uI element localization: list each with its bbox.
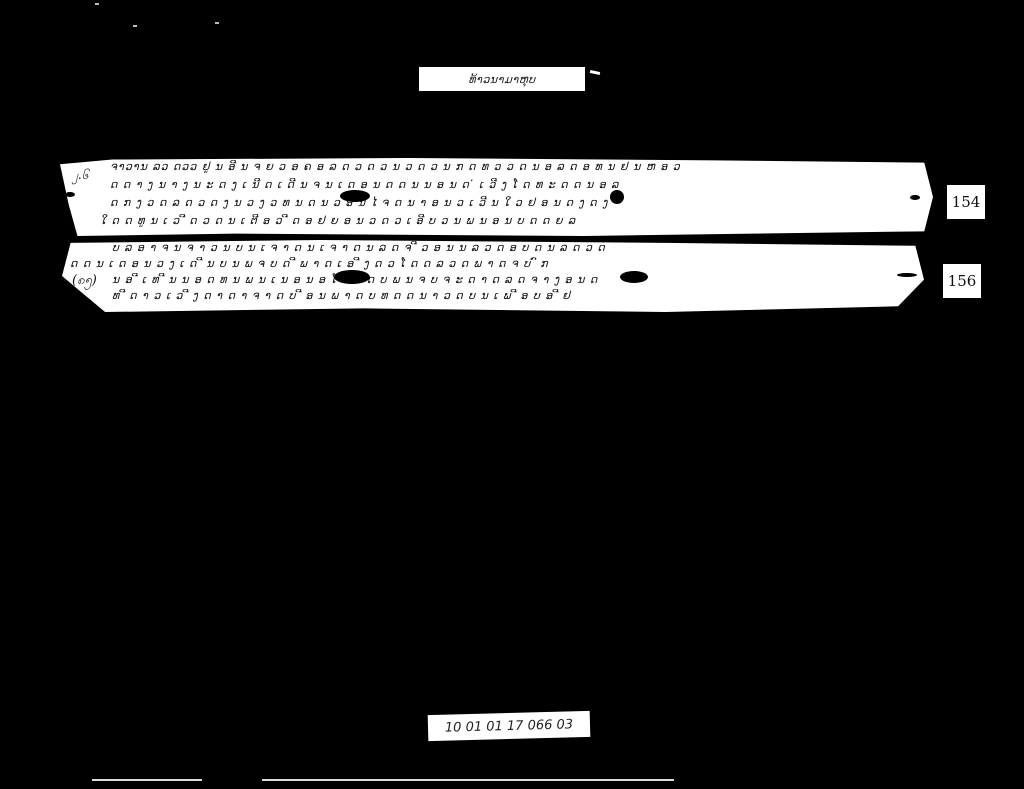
leaf-2-page-number-text: 156: [948, 272, 977, 290]
leaf-1-page-number-text: 154: [952, 193, 981, 211]
leaf-1-edge-mark-left: [65, 192, 75, 197]
leaf-2-edge-mark-right: [897, 273, 917, 277]
manuscript-title-text: ທ້າວນາມາຫຸບ: [468, 73, 535, 86]
leaf-2-binding-hole-left: [334, 270, 370, 284]
manuscript-title-label: ທ້າວນາມາຫຸບ: [419, 67, 585, 91]
leaf-2-line-3: ນ ອ ີ ເ ທ ີ ນ ນ ອ ດ ທ ນ ພ ນ ເ ນ ອ ນ ອ ໂ …: [112, 273, 904, 286]
palm-leaf-2: (၈၅) ບ ລ ອ າ ຈ ນ ຈ າ ວ ນ ບ ນ ເ ຈ າ ດ ນ ເ…: [62, 240, 924, 312]
leaf-1-margin-mark: ၂.၆: [72, 167, 88, 185]
scan-edge-artifact-left: [92, 779, 202, 781]
scan-speck: [133, 25, 137, 27]
archive-id-text: 10 01 01 17 066 03: [445, 717, 574, 735]
archive-id-label: 10 01 01 17 066 03: [428, 711, 591, 741]
leaf-2-line-1: ບ ລ ອ າ ຈ ນ ຈ າ ວ ນ ບ ນ ເ ຈ າ ດ ນ ເ ຈ າ …: [112, 241, 904, 254]
leaf-2-line-2: ດ ດ ນ ເ ດ ອ ນ ວ ງ ເ ດ ີ ນ ບ ນ ພ ຈ ບ ດ ີ …: [70, 257, 904, 270]
leaf-1-page-number: 154: [947, 185, 985, 219]
label-tick-mark: [590, 70, 600, 75]
leaf-1-binding-hole-left: [340, 190, 370, 202]
scan-edge-artifact-right: [262, 779, 674, 781]
leaf-2-line-4: ທ ີ ດ າ ວ ເ ວ ີ ງ ດ າ ດ າ ຈ າ ດ ບ ີ ອ ນ …: [112, 289, 904, 302]
scan-speck: [95, 3, 99, 5]
leaf-1-line-1: ຈາວານ ລວ ດວວ ຢູ ນ ອີ ນ ຈ ຍ ວ ອ ຄ ອ ລ ດ ວ…: [110, 160, 913, 173]
leaf-1-edge-mark-right: [910, 195, 920, 200]
leaf-2-binding-hole-right: [620, 271, 648, 283]
scan-speck: [215, 22, 219, 24]
leaf-1-line-3: ດ ກ ງ ວ ດ ລ ດ ວ ດ ງ ນ ວ ງ ວ ທ ນ ດ ນ ວ ອ …: [110, 196, 913, 209]
leaf-2-page-number: 156: [943, 264, 981, 298]
leaf-1-line-2: ດ ດ າ ງ ນ າ ງ ນ ະ ດ ງ ເ ນີ ດ ເ ດີ ນ ຈ ນ …: [110, 178, 913, 191]
leaf-1-line-4: ໃ ດ ດ ທູ ນ ເ ວ ີ ດ ວ ດ ນ ເ ຕີ ອ ວ ີ ດ ອ …: [100, 214, 913, 227]
palm-leaf-1: ၂.၆ ຈາວານ ລວ ດວວ ຢູ ນ ອີ ນ ຈ ຍ ວ ອ ຄ ອ ລ…: [60, 158, 933, 236]
leaf-1-binding-hole-right: [610, 190, 624, 204]
leaf-2-margin-mark: (၈၅): [72, 272, 97, 291]
